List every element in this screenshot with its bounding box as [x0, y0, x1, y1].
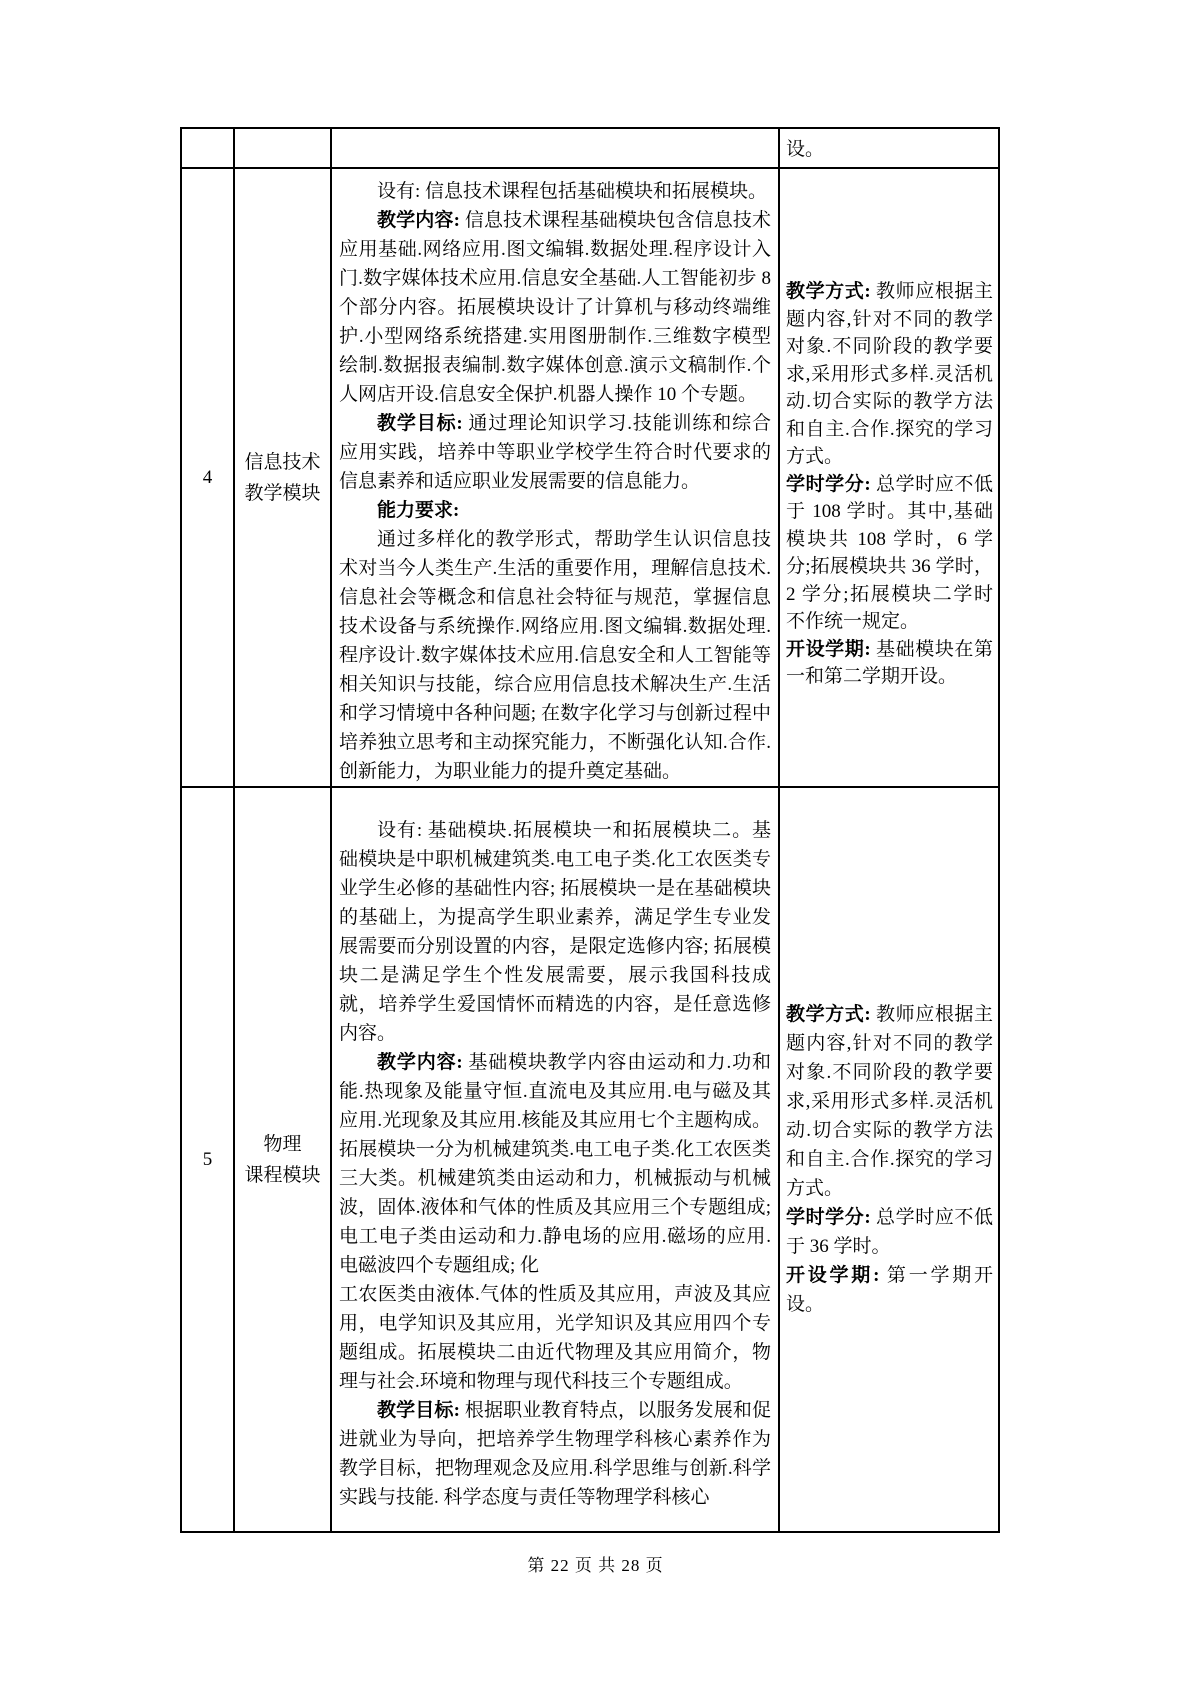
section-label: 教学内容:	[377, 210, 460, 231]
module-name-line: 课程模块	[235, 1160, 330, 1191]
side-paragraph: 学时学分: 总学时应不低于 108 学时。其中,基础模块共 108 学时，6 学…	[786, 471, 993, 636]
section-label: 教学目标:	[377, 1400, 460, 1421]
module-description-cell: 设有: 基础模块.拓展模块一和拓展模块二。基础模块是中职机械建筑类.电工电子类.…	[331, 787, 779, 1532]
paragraph-text: 设有: 基础模块.拓展模块一和拓展模块二。基础模块是中职机械建筑类.电工电子类.…	[339, 820, 771, 1044]
paragraph-text: 教师应根据主题内容,针对不同的教学对象.不同阶段的教学要求,采用形式多样.灵活机…	[786, 1004, 993, 1199]
section-label: 教学方式:	[786, 1004, 871, 1025]
section-label: 教学方式:	[786, 281, 871, 302]
teaching-info-cell: 教学方式: 教师应根据主题内容,针对不同的教学对象.不同阶段的教学要求,采用形式…	[779, 168, 999, 787]
curriculum-table: 设。 4 信息技术 教学模块 设有: 信息技术课程包括基础模块和拓展模块。 教学…	[180, 127, 1000, 1533]
description-paragraph: 教学目标: 通过理论知识学习.技能训练和综合应用实践，培养中等职业学校学生符合时…	[339, 409, 771, 496]
side-paragraph: 开设学期: 基础模块在第一和第二学期开设。	[786, 636, 993, 691]
module-description-cell: 设有: 信息技术课程包括基础模块和拓展模块。 教学内容: 信息技术课程基础模块包…	[331, 168, 779, 787]
module-name-line: 物理	[235, 1129, 330, 1160]
section-label: 开设学期:	[786, 1265, 879, 1286]
continuation-index-cell	[181, 128, 234, 168]
description-paragraph: 设有: 基础模块.拓展模块一和拓展模块二。基础模块是中职机械建筑类.电工电子类.…	[339, 816, 771, 1048]
module-name-cell: 信息技术 教学模块	[234, 168, 331, 787]
section-label: 开设学期:	[786, 639, 871, 660]
row-index-cell: 4	[181, 168, 234, 787]
row-number: 4	[203, 467, 213, 488]
description-paragraph: 工农医类由液体.气体的性质及其应用，声波及其应用，电学知识及其应用，光学知识及其…	[339, 1280, 771, 1396]
continuation-text: 设。	[786, 136, 993, 164]
teaching-info-cell: 教学方式: 教师应根据主题内容,针对不同的教学对象.不同阶段的教学要求,采用形式…	[779, 787, 999, 1532]
section-label: 教学目标:	[377, 413, 463, 434]
module-name-cell: 物理 课程模块	[234, 787, 331, 1532]
continuation-module-cell	[234, 128, 331, 168]
paragraph-text: 教师应根据主题内容,针对不同的教学对象.不同阶段的教学要求,采用形式多样.灵活机…	[786, 281, 993, 467]
section-label: 学时学分:	[786, 1207, 871, 1228]
module-name-line: 教学模块	[235, 478, 330, 509]
description-paragraph: 教学目标: 根据职业教育特点，以服务发展和促进就业为导向，把培养学生物理学科核心…	[339, 1396, 771, 1512]
description-paragraph: 设有: 信息技术课程包括基础模块和拓展模块。	[339, 177, 771, 206]
side-paragraph: 教学方式: 教师应根据主题内容,针对不同的教学对象.不同阶段的教学要求,采用形式…	[786, 1000, 993, 1203]
table-row-4: 4 信息技术 教学模块 设有: 信息技术课程包括基础模块和拓展模块。 教学内容:…	[181, 168, 999, 787]
row-continuation: 设。	[181, 128, 999, 168]
table-row-5: 5 物理 课程模块 设有: 基础模块.拓展模块一和拓展模块二。基础模块是中职机械…	[181, 787, 999, 1532]
paragraph-text: 设有: 信息技术课程包括基础模块和拓展模块。	[377, 181, 767, 202]
continuation-side-cell: 设。	[779, 128, 999, 168]
section-label: 学时学分:	[786, 474, 871, 495]
paragraph-text: 总学时应不低于 108 学时。其中,基础模块共 108 学时，6 学分;拓展模块…	[786, 474, 993, 633]
section-label: 教学内容:	[377, 1052, 463, 1073]
description-paragraph: 教学内容: 信息技术课程基础模块包含信息技术应用基础.网络应用.图文编辑.数据处…	[339, 206, 771, 409]
continuation-description-cell	[331, 128, 779, 168]
module-name-line: 信息技术	[235, 447, 330, 478]
side-paragraph: 学时学分: 总学时应不低于 36 学时。	[786, 1203, 993, 1261]
document-page: 设。 4 信息技术 教学模块 设有: 信息技术课程包括基础模块和拓展模块。 教学…	[0, 0, 1191, 1684]
row-number: 5	[203, 1149, 213, 1170]
section-label: 能力要求:	[377, 500, 459, 521]
row-index-cell: 5	[181, 787, 234, 1532]
side-paragraph: 教学方式: 教师应根据主题内容,针对不同的教学对象.不同阶段的教学要求,采用形式…	[786, 278, 993, 471]
paragraph-text: 工农医类由液体.气体的性质及其应用，声波及其应用，电学知识及其应用，光学知识及其…	[339, 1284, 771, 1392]
paragraph-text: 信息技术课程基础模块包含信息技术应用基础.网络应用.图文编辑.数据处理.程序设计…	[339, 210, 771, 405]
description-paragraph: 通过多样化的教学形式，帮助学生认识信息技术对当今人类生产.生活的重要作用，理解信…	[339, 525, 771, 786]
page-number: 第 22 页 共 28 页	[0, 1551, 1191, 1576]
description-paragraph: 能力要求:	[339, 496, 771, 525]
paragraph-text: 通过多样化的教学形式，帮助学生认识信息技术对当今人类生产.生活的重要作用，理解信…	[339, 529, 771, 782]
side-paragraph: 开设学期: 第一学期开设。	[786, 1261, 993, 1319]
paragraph-text: 基础模块教学内容由运动和力.功和能.热现象及能量守恒.直流电及其应用.电与磁及其…	[339, 1052, 771, 1276]
description-paragraph: 教学内容: 基础模块教学内容由运动和力.功和能.热现象及能量守恒.直流电及其应用…	[339, 1048, 771, 1280]
